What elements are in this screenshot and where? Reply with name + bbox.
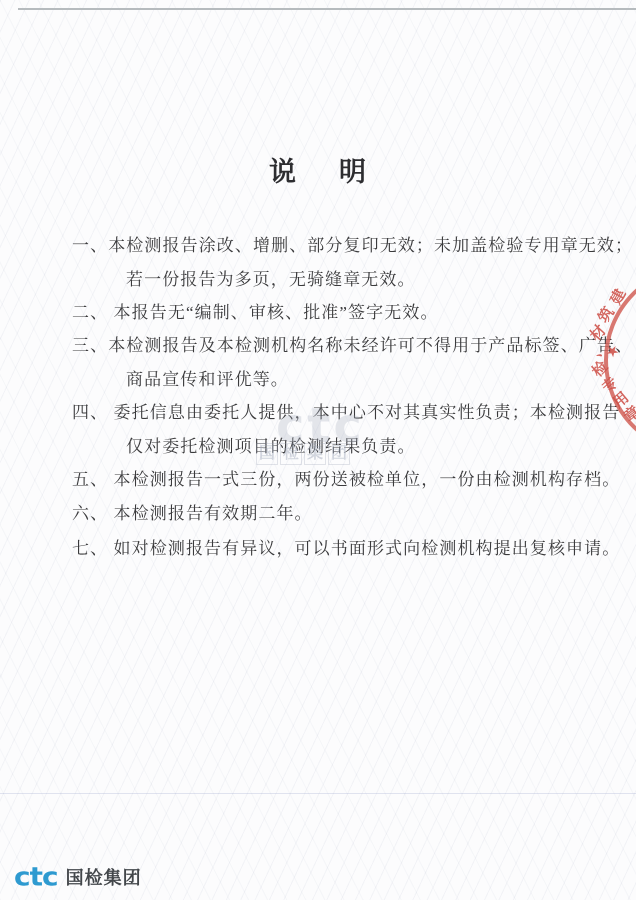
note-line-7: 七、 如对检测报告有异议，可以书面形式向检测机构提出复核申请。 <box>72 534 620 559</box>
watermark-company-name: 国 检 集 团 <box>256 443 350 465</box>
note-line-1b: 若一份报告为多页，无骑缝章无效。 <box>126 265 416 290</box>
ctc-logo: ctc <box>14 864 58 890</box>
note-line-5: 五、 本检测报告一式三份，两份送被检单位，一份由检测机构存档。 <box>72 465 620 490</box>
footer-brand: ctc 国检集团 <box>14 863 142 891</box>
page-top-edge-line <box>18 8 636 10</box>
title-char-1: 说 <box>269 150 297 189</box>
page-title: 说明 <box>0 150 636 189</box>
note-line-3a: 三、本检测报告及本检测机构名称未经许可不得用于产品标签、广告、 <box>72 331 633 356</box>
note-line-3b: 商品宣传和评优等。 <box>126 365 289 390</box>
watermark-name-char: 检 <box>280 443 302 465</box>
note-line-1a: 一、本检测报告涂改、增删、部分复印无效；未加盖检验专用章无效； <box>72 231 633 256</box>
note-line-2: 二、 本报告无“编制、审核、批准”签字无效。 <box>72 298 439 323</box>
title-char-2: 明 <box>339 157 367 187</box>
scanned-report-page: 说明 一、本检测报告涂改、增删、部分复印无效；未加盖检验专用章无效； 若一份报告… <box>0 0 636 900</box>
watermark-name-char: 国 <box>256 443 278 465</box>
watermark-name-char: 集 <box>304 443 326 465</box>
paper-fold-line <box>0 793 636 794</box>
footer-company-name: 国检集团 <box>66 864 142 890</box>
note-line-6: 六、 本检测报告有效期二年。 <box>72 499 313 524</box>
watermark-name-char: 团 <box>328 443 350 465</box>
